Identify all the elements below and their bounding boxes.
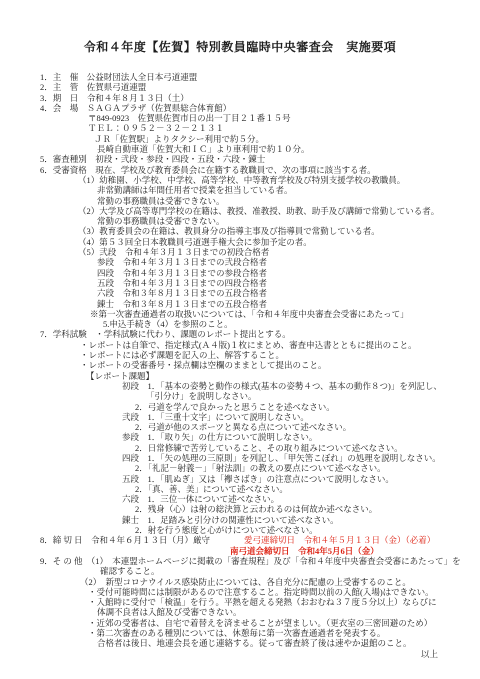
document-line-text: 非常勤講師は年間任用者で授業を担当している者。 (97, 185, 293, 195)
document-line: 四段 1．「矢の処理の三原則」を列記し、「甲矢筈こぼれ」の処理を説明しなさい。 (0, 453, 480, 463)
document-line-text: ※第一次審査通過者の取扱いについては、「令和４年度中央審査会受審にあたって」 (90, 309, 409, 319)
document-line-text: 2．日常修練で苦労していること、その取り組みについて述べなさい。 (135, 443, 403, 453)
document-line: （2） 新型コロナウイルス感染防止については、各自充分に配慮の上受審するのこと。 (0, 577, 480, 587)
document-line-text: （1）幼稚園、小学校、中学校、高等学校、中等教育学校及び特別支援学校の教職員。 (78, 175, 405, 185)
document-line: 2．弓道を学んで良かったと思うことを述べなさい。 (0, 402, 480, 412)
document-line-text: 以上 (421, 649, 438, 659)
document-line-text: 「引分け」を説明しなさい。 (146, 391, 257, 401)
document-line: 四段 令和４年３月１３日までの参段合格者 (0, 268, 480, 278)
document-line: 2．日常修練で苦労していること、その取り組みについて述べなさい。 (0, 443, 480, 453)
document-line-text: 参段 令和４年３月１３日までの弐段合格者 (97, 257, 267, 267)
document-line-text: ・近郊の受審者は、自宅で着替えを済ませることが望ましい。（更衣室の三密回避のため… (88, 618, 432, 628)
document-page: 令和４年度【佐賀】特別教員臨時中央審査会 実施要項 1．主 催 公益財団法人全日… (0, 0, 480, 679)
document-line: 5．審査種別 初段・弐段・参段・四段・五段・六段・錬士 (0, 154, 480, 164)
document-line-text: 4．会 場 ＳＡＧＡプラザ（佐賀県総合体育館） (40, 103, 231, 113)
document-body: 1．主 催 公益財団法人全日本弓道連盟2．主 管 佐賀県弓道連盟3．期 日 令和… (0, 72, 480, 659)
document-line: ※第一次審査通過者の取扱いについては、「令和４年度中央審査会受審にあたって」 (0, 309, 480, 319)
document-line: （3）教育委員会の在籍は、教員身分の指導主事及び指導員で常勤している者。 (0, 226, 480, 236)
document-line-text: 合格者は後日、地連会長を通じ連絡する。従って審査終了後は速やか退館のこと。 (97, 638, 412, 648)
document-line-text: ＴＥＬ：０９５２－３２－２１３１ (88, 123, 224, 133)
document-line: 弐段 1．「三重十文字」について説明しなさい。 (0, 412, 480, 422)
document-line: 3．期 日 令和４年８月１３日（土） (0, 93, 480, 103)
document-line: 確認すること。 (0, 566, 480, 576)
document-line: 【レポート課題】 (0, 371, 480, 381)
document-line-text: 1．主 催 公益財団法人全日本弓道連盟 (40, 72, 197, 82)
document-line: 南弓道会締切日 令和4年5月6日（金） (0, 546, 480, 556)
document-line-text: 2．「礼記－射義－」「射法訓」の教えの要点について述べなさい。 (135, 463, 386, 473)
document-line: 以上 (0, 649, 480, 659)
document-line: 9．そ の 他 （1） 本連盟ホームページに掲載の「審査規程」及び「令和４年度中… (0, 556, 480, 566)
document-line-text: 〒849-0923 佐賀県佐賀市日の出一丁目２１番１５号 (88, 113, 291, 123)
document-line: 6．受審資格 現在、学校及び教育委員会に在籍する教職員で、次の事項に該当する者。 (0, 165, 480, 175)
document-line-text: 錬士 令和３年８月１３日までの五段合格者 (97, 299, 267, 309)
document-line-text-red: 南弓道会締切日 令和4年5月6日（金） (230, 546, 379, 556)
document-line: （2）大学及び高等専門学校の在籍は、教授、准教授、助教、助手及び講師で常勤してい… (0, 206, 480, 216)
document-line-text: 7．学科試験 ・学科試験に代わり、課題のレポート提出とする。 (40, 329, 291, 339)
document-line: ・近郊の受審者は、自宅で着替えを済ませることが望ましい。（更衣室の三密回避のため… (0, 618, 480, 628)
document-line-text: 2．弓道を学んで良かったと思うことを述べなさい。 (135, 402, 335, 412)
document-line: 五段 1．「肌ぬぎ」又は「襷さばき」の注意点について説明しなさい。 (0, 474, 480, 484)
document-line-text: 弐段 1．「三重十文字」について説明しなさい。 (122, 412, 309, 422)
document-line-text: 五段 令和４年３月１３日までの四段合格者 (97, 278, 267, 288)
document-line: 非常勤講師は年間任用者で授業を担当している者。 (0, 185, 480, 195)
document-line-text: （2） 新型コロナウイルス感染防止については、各自充分に配慮の上受審するのこと。 (80, 577, 411, 587)
document-line: 5.申込手続き（4）を参照のこと。 (0, 319, 480, 329)
document-line: 参段 1．「取り矢」の仕方について説明しなさい。 (0, 432, 480, 442)
document-line-text: ・レポートの受審番号・採点欄は空欄のままとして提出のこと。 (80, 360, 327, 370)
document-line-text-red: 愛弓連締切日 令和４年５月１３日（金）（必着） (244, 535, 435, 545)
document-line-text: ・受付可能時間には制限があるので注意すること。指定時間以前の入館(入場)はできな… (88, 587, 434, 597)
document-line-text: 8．締 切 日 令和４年６月１３日（月）厳守 (40, 535, 244, 545)
document-line: 2．射を行う態度と心がけについて述べなさい。 (0, 525, 480, 535)
document-line-text: ・第二次審査のある種別については、休憩毎に第一次審査通過者を発表する。 (88, 628, 385, 638)
document-line: 参段 令和４年３月１３日までの弐段合格者 (0, 257, 480, 267)
document-line: 錬士 1．足踏みと引分けの関連性について述べなさい。 (0, 515, 480, 525)
document-line-text: 錬士 1．足踏みと引分けの関連性について述べなさい。 (122, 515, 339, 525)
document-line-text: 常勤の事務職員は受審できない。 (97, 216, 225, 226)
document-line-text: ・レポートには必ず課題を記入の上、解答すること。 (80, 350, 284, 360)
document-line: （1）幼稚園、小学校、中学校、高等学校、中等教育学校及び特別支援学校の教職員。 (0, 175, 480, 185)
document-line: 初段 1．「基本の姿勢と動作の様式(基本の姿勢４つ、基本の動作８つ)」を列記し、 (0, 381, 480, 391)
document-line: ＪＲ「佐賀駅」よりタクシー利用で約５分。 (0, 134, 480, 144)
document-line: 2．「真、善、美」について述べなさい。 (0, 484, 480, 494)
document-line-text: 【レポート課題】 (86, 371, 154, 381)
document-line: 体調不良者は入館及び受審できない。 (0, 607, 480, 617)
document-line: 「引分け」を説明しなさい。 (0, 391, 480, 401)
document-line: ・レポートには必ず課題を記入の上、解答すること。 (0, 350, 480, 360)
document-line: ・受付可能時間には制限があるので注意すること。指定時間以前の入館(入場)はできな… (0, 587, 480, 597)
document-line-text: 体調不良者は入館及び受審できない。 (97, 607, 242, 617)
document-line: 2．弓道が他のスポーツと異なる点について述べなさい。 (0, 422, 480, 432)
document-line: ・入館時に受付で「検温」を行う。平熱を超える発熱（おおむね３７度５分以上）ならび… (0, 597, 480, 607)
document-line-text: 9．そ の 他 （1） 本連盟ホームページに掲載の「審査規程」及び「令和４年度中… (40, 556, 461, 566)
document-line: 8．締 切 日 令和４年６月１３日（月）厳守 愛弓連締切日 令和４年５月１３日（… (0, 535, 480, 545)
document-line-text: 2．残身（心）は射の総決算と云われるのは何故か述べなさい。 (135, 504, 377, 514)
document-line-text: （3）教育委員会の在籍は、教員身分の指導主事及び指導員で常勤している者。 (78, 226, 380, 236)
document-line: 長崎自動車道「佐賀大和ＩＣ」より車利用で約１０分。 (0, 144, 480, 154)
document-line-text: 6．受審資格 現在、学校及び教育委員会に在籍する教職員で、次の事項に該当する者。 (40, 165, 376, 175)
document-line-text: 長崎自動車道「佐賀大和ＩＣ」より車利用で約１０分。 (97, 144, 310, 154)
document-line: ・レポートは自筆で、指定様式(Ａ４版)１枚にまとめ、審査申込書とともに提出のこと… (0, 340, 480, 350)
document-line-text: 五段 1．「肌ぬぎ」又は「襷さばき」の注意点について説明しなさい。 (122, 474, 394, 484)
document-line-text: （2）大学及び高等専門学校の在籍は、教授、准教授、助教、助手及び講師で常勤してい… (78, 206, 439, 216)
document-line-text: 2．弓道が他のスポーツと異なる点について述べなさい。 (135, 422, 351, 432)
document-line-text: 参段 1．「取り矢」の仕方について説明しなさい。 (122, 432, 317, 442)
document-line: 錬士 令和３年８月１３日までの五段合格者 (0, 299, 480, 309)
document-line: 常勤の事務職員は受審できない。 (0, 196, 480, 206)
document-line-text: 六段 令和３年８月１３日までの五段合格者 (97, 288, 267, 298)
document-line-text: 確認すること。 (100, 566, 160, 576)
document-line: 合格者は後日、地連会長を通じ連絡する。従って審査終了後は速やか退館のこと。 (0, 638, 480, 648)
document-line: （4）第５３回全日本教職員弓道選手権大会に参加予定の者。 (0, 237, 480, 247)
document-line: 常勤の事務職員は受審できない。 (0, 216, 480, 226)
document-line: 2．残身（心）は射の総決算と云われるのは何故か述べなさい。 (0, 504, 480, 514)
document-line: 7．学科試験 ・学科試験に代わり、課題のレポート提出とする。 (0, 329, 480, 339)
document-line-text: 四段 1．「矢の処理の三原則」を列記し、「甲矢筈こぼれ」の処理を説明しなさい。 (122, 453, 441, 463)
document-line: 五段 令和４年３月１３日までの四段合格者 (0, 278, 480, 288)
document-line-text: 3．期 日 令和４年８月１３日（土） (40, 93, 189, 103)
document-line-text: 常勤の事務職員は受審できない。 (97, 196, 225, 206)
document-line: 六段 1．三位一体について述べなさい。 (0, 494, 480, 504)
document-line: ・レポートの受審番号・採点欄は空欄のままとして提出のこと。 (0, 360, 480, 370)
document-line-text: 四段 令和４年３月１３日までの参段合格者 (97, 268, 267, 278)
document-line: 六段 令和３年８月１３日までの五段合格者 (0, 288, 480, 298)
document-line-text: 5．審査種別 初段・弐段・参段・四段・五段・六段・錬士 (40, 154, 265, 164)
document-line: 2．主 管 佐賀県弓道連盟 (0, 82, 480, 92)
document-line-text: 5.申込手続き（4）を参照のこと。 (103, 319, 233, 329)
document-line: 〒849-0923 佐賀県佐賀市日の出一丁目２１番１５号 (0, 113, 480, 123)
document-line: 2．「礼記－射義－」「射法訓」の教えの要点について述べなさい。 (0, 463, 480, 473)
document-line: （5）弐段 令和４年３月１３日までの初段合格者 (0, 247, 480, 257)
document-line: ・第二次審査のある種別については、休憩毎に第一次審査通過者を発表する。 (0, 628, 480, 638)
document-line-text: （4）第５３回全日本教職員弓道選手権大会に参加予定の者。 (78, 237, 312, 247)
document-line-text: 初段 1．「基本の姿勢と動作の様式(基本の姿勢４つ、基本の動作８つ)」を列記し、 (122, 381, 442, 391)
document-line-text: 六段 1．三位一体について述べなさい。 (122, 494, 279, 504)
document-line-text: ＪＲ「佐賀駅」よりタクシー利用で約５分。 (94, 134, 264, 144)
document-line-text: （5）弐段 令和４年３月１３日までの初段合格者 (78, 247, 269, 257)
document-line-text: 2．「真、善、美」について述べなさい。 (135, 484, 288, 494)
document-line: 1．主 催 公益財団法人全日本弓道連盟 (0, 72, 480, 82)
document-line: 4．会 場 ＳＡＧＡプラザ（佐賀県総合体育館） (0, 103, 480, 113)
document-title: 令和４年度【佐賀】特別教員臨時中央審査会 実施要項 (0, 0, 480, 55)
document-line-text: ・入館時に受付で「検温」を行う。平熱を超える発熱（おおむね３７度５分以上）ならび… (88, 597, 437, 607)
document-line-text: ・レポートは自筆で、指定様式(Ａ４版)１枚にまとめ、審査申込書とともに提出のこと… (80, 340, 417, 350)
document-line: ＴＥＬ：０９５２－３２－２１３１ (0, 123, 480, 133)
document-line-text: 2．射を行う態度と心がけについて述べなさい。 (135, 525, 318, 535)
document-line-text: 2．主 管 佐賀県弓道連盟 (40, 82, 146, 92)
